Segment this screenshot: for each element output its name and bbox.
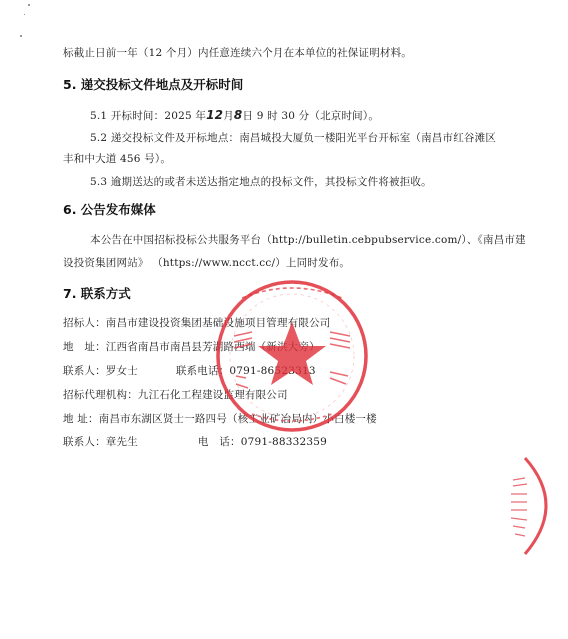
- scan-speck: [24, 14, 25, 15]
- agency-phone: 电 话：0791-88332359: [198, 436, 327, 448]
- handwritten-month: 12: [206, 108, 223, 122]
- tenderer-contact-line: 联系人：罗女士联系电话：0791-86523313: [63, 364, 316, 378]
- item-5-1-suffix: 日 9 时 30 分（北京时间）。: [242, 110, 379, 122]
- item-5-1-month-suffix: 月: [223, 110, 234, 122]
- item-5-1: 5.1 开标时间：2025 年12月8日 9 时 30 分（北京时间）。: [90, 108, 379, 123]
- agency-address-line: 地 址：南昌市东湖区贤士一路四号（核工业矿冶局内）小白楼一楼: [63, 412, 377, 426]
- item-5-3: 5.3 逾期送达的或者未送达指定地点的投标文件，其投标文件将被拒收。: [90, 175, 432, 189]
- section-6-line1: 本公告在中国招标投标公共服务平台（http://bulletin.cebpubs…: [90, 233, 526, 247]
- tenderer-address-line: 地 址：江西省南昌市南昌县芳湖路西端（新洪大旁）: [63, 340, 320, 354]
- intro-text: 标截止日前一年（12 个月）内任意连续六个月在本单位的社保证明材料。: [63, 46, 412, 60]
- tenderer-line: 招标人：南昌市建设投资集团基础设施项目管理有限公司: [63, 316, 331, 330]
- item-5-2-line2: 丰和中大道 456 号）。: [63, 152, 171, 166]
- section-6-line2: 设投资集团网站》 （https://www.ncct.cc/）上同时发布。: [63, 256, 350, 270]
- partial-seal-stamp: [505, 450, 568, 560]
- section-6-heading: 6. 公告发布媒体: [63, 202, 156, 218]
- agency-line: 招标代理机构：九江石化工程建设监理有限公司: [63, 388, 288, 402]
- agency-contact-line: 联系人：章先生电 话：0791-88332359: [63, 435, 327, 449]
- item-5-2-line1: 5.2 递交投标文件及开标地点：南昌城投大厦负一楼阳光平台开标室（南昌市红谷滩区: [90, 131, 496, 145]
- scan-speck: [20, 35, 22, 37]
- tenderer-contact: 联系人：罗女士: [63, 365, 138, 377]
- item-5-1-prefix: 5.1 开标时间：2025 年: [90, 110, 206, 122]
- scan-speck: [28, 4, 30, 6]
- agency-contact: 联系人：章先生: [63, 436, 138, 448]
- document-page: 标截止日前一年（12 个月）内任意连续六个月在本单位的社保证明材料。 5. 递交…: [0, 0, 568, 639]
- tenderer-phone: 联系电话：0791-86523313: [176, 365, 316, 377]
- section-5-heading: 5. 递交投标文件地点及开标时间: [63, 77, 243, 93]
- section-7-heading: 7. 联系方式: [63, 286, 131, 302]
